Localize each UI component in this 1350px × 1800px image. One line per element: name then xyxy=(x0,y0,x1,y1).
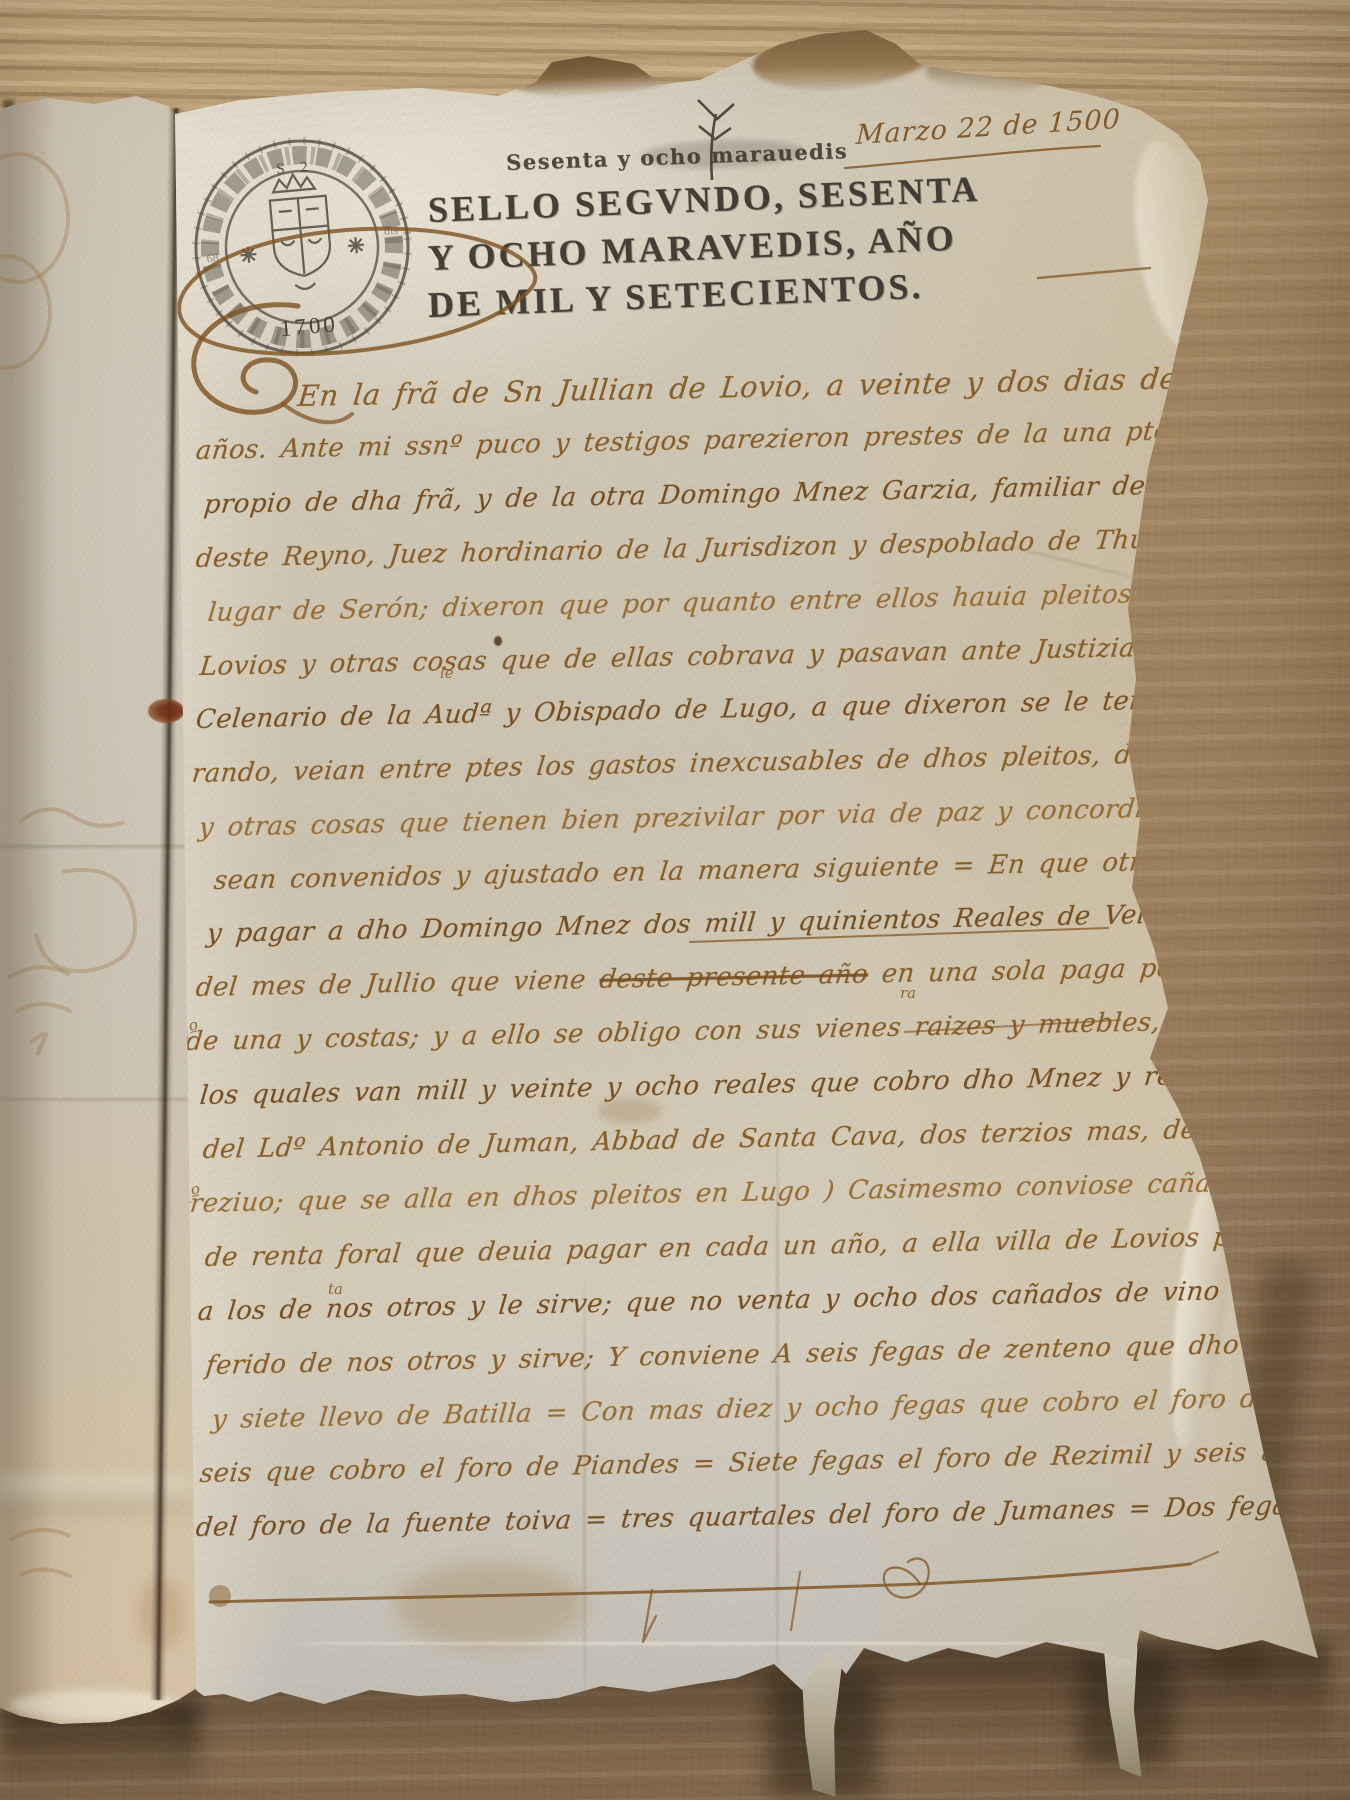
initial-paraph xyxy=(194,305,298,412)
pen-rule xyxy=(690,928,1108,942)
manuscript-photo: S 2 1700 68 dis Sesenta y ocho marauedis… xyxy=(0,0,1350,1800)
red-ink-blot xyxy=(148,699,184,723)
sprig-ink-mark xyxy=(698,100,734,180)
pen-rule xyxy=(1038,268,1150,278)
date-underline xyxy=(845,146,1100,168)
oval-flourish xyxy=(179,229,535,354)
ink-blotch xyxy=(209,1585,231,1607)
closing-rubric xyxy=(210,1564,1190,1602)
pen-rule xyxy=(905,1020,1120,1032)
rubric-loop xyxy=(884,1559,929,1598)
